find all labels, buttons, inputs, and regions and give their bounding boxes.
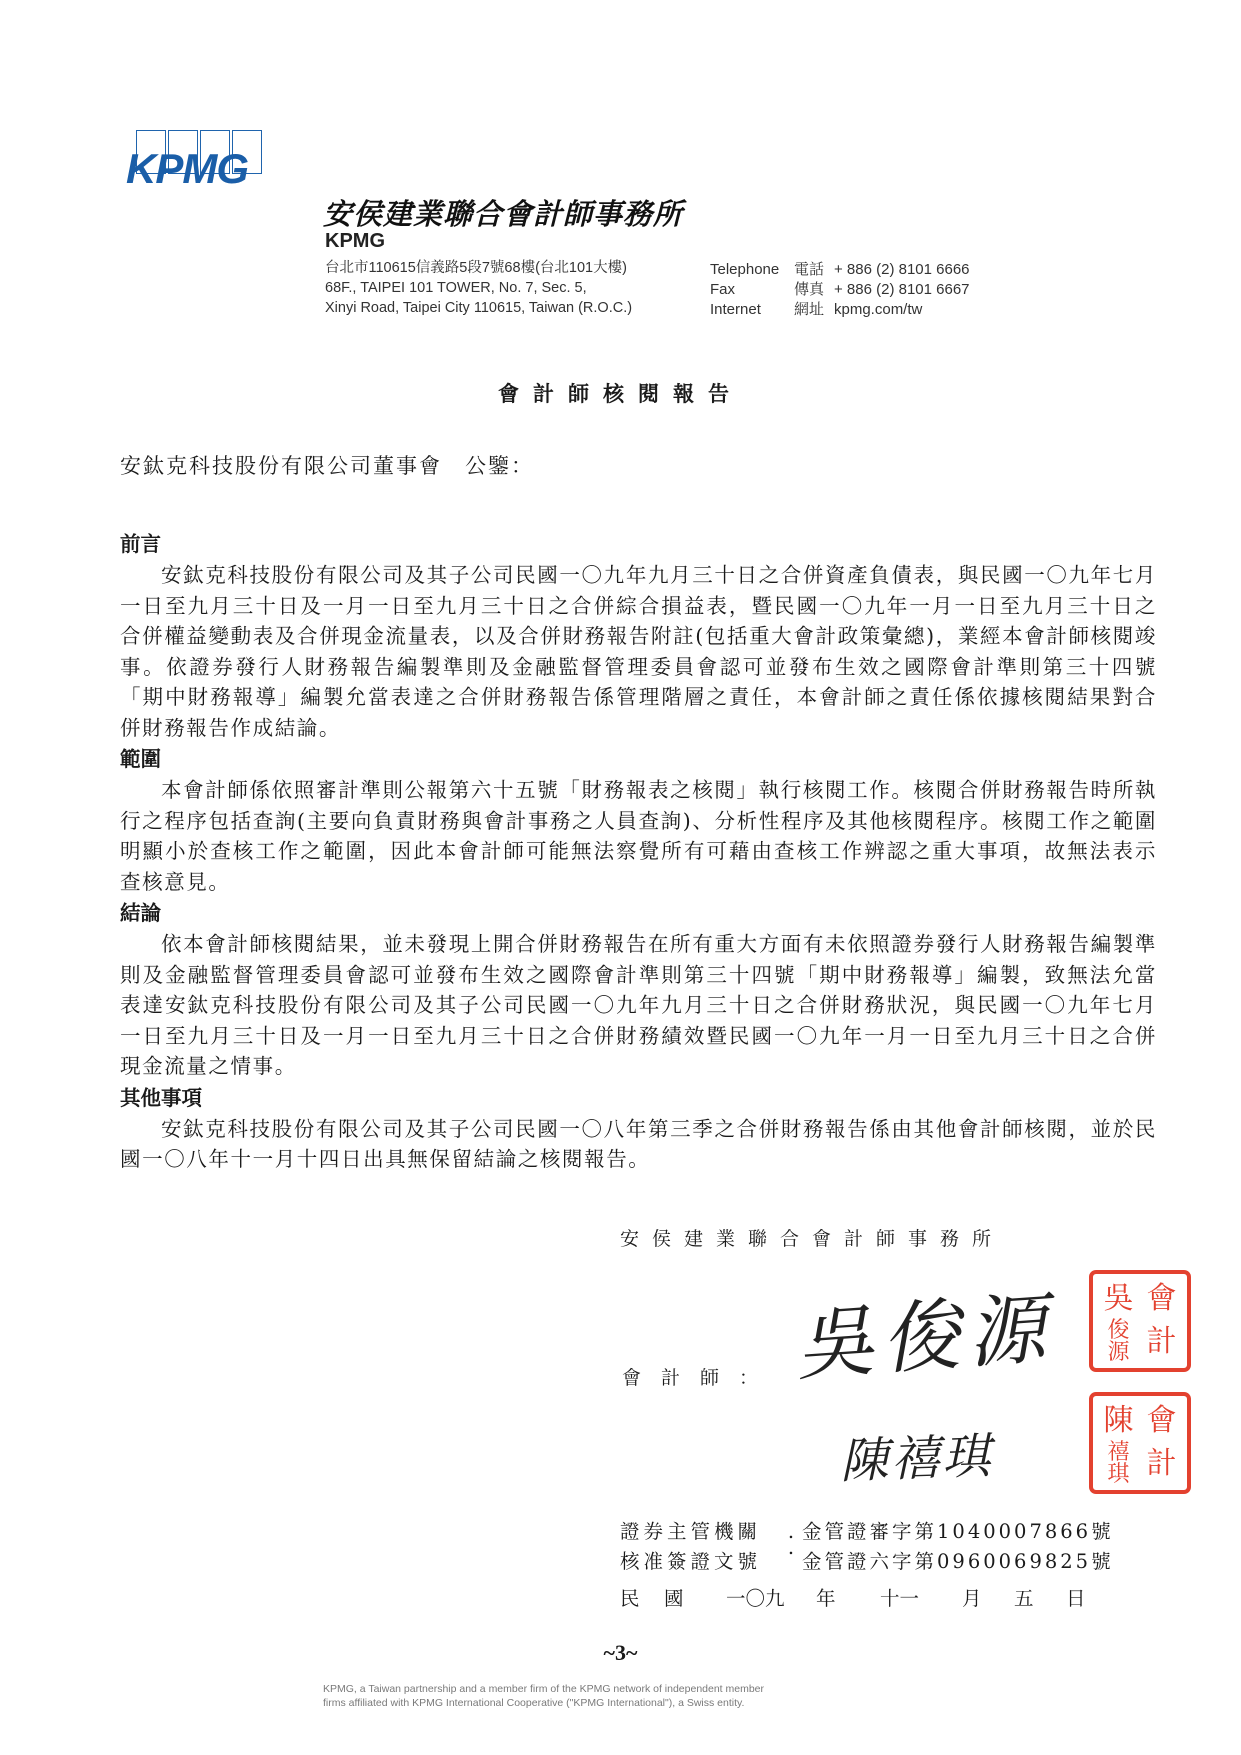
cpa-label: 會計師：	[622, 1363, 778, 1390]
handwritten-signature-2: 陳禧琪	[839, 1417, 994, 1491]
signing-firm: 安侯建業聯合會計師事務所	[620, 1224, 1004, 1251]
section-text-other-matters: 安鈦克科技股份有限公司及其子公司民國一〇八年第三季之合併財務報告係由其他會計師核…	[120, 1114, 1157, 1175]
footer-line: firms affiliated with KPMG International…	[323, 1696, 764, 1710]
approval-value: 金管證審字第1040007866號	[802, 1517, 1114, 1547]
handwritten-signature-1: 吳俊源	[791, 1266, 1056, 1396]
approval-label: 核准簽證文號	[620, 1547, 780, 1577]
contact-value: + 886 (2) 8101 6667	[834, 280, 970, 300]
contact-label: Internet	[710, 300, 794, 320]
seal-char: 俊源	[1097, 1320, 1140, 1364]
approval-numbers: 證券主管機關 . 金管證審字第1040007866號 核准簽證文號 . 金管證六…	[620, 1517, 1114, 1577]
contact-label: Fax	[710, 280, 794, 300]
footer-disclaimer: KPMG, a Taiwan partnership and a member …	[323, 1682, 764, 1710]
date-part: 國	[664, 1583, 726, 1611]
section-text-scope: 本會計師係依照審計準則公報第六十五號「財務報表之核閱」執行核閱工作。核閱合併財務…	[120, 775, 1157, 897]
seal-char: 計	[1140, 1327, 1183, 1357]
contact-internet: Internet 網址 kpmg.com/tw	[710, 300, 970, 320]
approval-colon: .	[780, 1533, 802, 1563]
section-heading-scope: 範圍	[120, 743, 1157, 775]
approval-row: 證券主管機關 . 金管證審字第1040007866號	[620, 1517, 1114, 1547]
date-part: 十一	[880, 1583, 962, 1611]
section-heading-conclusion: 結論	[120, 897, 1157, 929]
contact-value: + 886 (2) 8101 6666	[834, 260, 970, 280]
section-heading-preface: 前言	[120, 528, 1157, 560]
seal-char: 會	[1140, 1284, 1183, 1314]
seal-char: 計	[1140, 1449, 1183, 1479]
address-line: 台北市110615信義路5段7號68樓(台北101大樓)	[325, 258, 632, 278]
approval-row: 核准簽證文號 . 金管證六字第0960069825號	[620, 1547, 1114, 1577]
date-part: 月	[962, 1583, 1014, 1611]
contact-value: kpmg.com/tw	[834, 300, 922, 320]
firm-address: 台北市110615信義路5段7號68樓(台北101大樓) 68F., TAIPE…	[325, 258, 632, 318]
contact-label-cn: 傳真	[794, 280, 834, 300]
firm-name-en: KPMG	[325, 230, 385, 253]
red-seal-stamp-1: 吳 會 俊源 計	[1089, 1270, 1191, 1372]
date-part: 民	[620, 1583, 664, 1611]
contact-label-cn: 網址	[794, 300, 834, 320]
section-heading-other-matters: 其他事項	[120, 1082, 1157, 1114]
report-title: 會計師核閱報告	[0, 378, 1241, 408]
address-line: Xinyi Road, Taipei City 110615, Taiwan (…	[325, 298, 632, 318]
seal-char: 吳	[1097, 1284, 1140, 1314]
section-text-conclusion: 依本會計師核閱結果，並未發現上開合併財務報告在所有重大方面有未依照證券發行人財務…	[120, 929, 1157, 1082]
contact-label-cn: 電話	[794, 260, 834, 280]
contact-telephone: Telephone 電話 + 886 (2) 8101 6666	[710, 260, 970, 280]
seal-char: 陳	[1097, 1406, 1140, 1436]
firm-contacts: Telephone 電話 + 886 (2) 8101 6666 Fax 傳真 …	[710, 260, 970, 320]
seal-char: 禧琪	[1097, 1442, 1140, 1486]
contact-fax: Fax 傳真 + 886 (2) 8101 6667	[710, 280, 970, 300]
approval-label: 證券主管機關	[620, 1517, 780, 1547]
logo-wordmark: KPMG	[126, 148, 248, 190]
firm-name-calligraphy: 安侯建業聯合會計師事務所	[323, 192, 683, 233]
date-part: 五	[1014, 1583, 1066, 1611]
seal-char: 會	[1140, 1406, 1183, 1436]
approval-value: 金管證六字第0960069825號	[802, 1547, 1114, 1577]
address-line: 68F., TAIPEI 101 TOWER, No. 7, Sec. 5,	[325, 278, 632, 298]
section-text-preface: 安鈦克科技股份有限公司及其子公司民國一〇九年九月三十日之合併資產負債表，與民國一…	[120, 560, 1157, 743]
date-part: 一〇九	[726, 1583, 816, 1611]
footer-line: KPMG, a Taiwan partnership and a member …	[323, 1682, 764, 1696]
kpmg-logo: KPMG	[126, 130, 286, 195]
report-date: 民國一〇九年十一月五日	[620, 1583, 1086, 1611]
contact-label: Telephone	[710, 260, 794, 280]
page-number: ~3~	[0, 1640, 1241, 1666]
date-part: 年	[816, 1583, 880, 1611]
date-part: 日	[1066, 1583, 1086, 1611]
salutation: 安鈦克科技股份有限公司董事會 公鑒：	[120, 450, 534, 480]
report-body: 前言 安鈦克科技股份有限公司及其子公司民國一〇九年九月三十日之合併資產負債表，與…	[120, 528, 1157, 1175]
red-seal-stamp-2: 陳 會 禧琪 計	[1089, 1392, 1191, 1494]
